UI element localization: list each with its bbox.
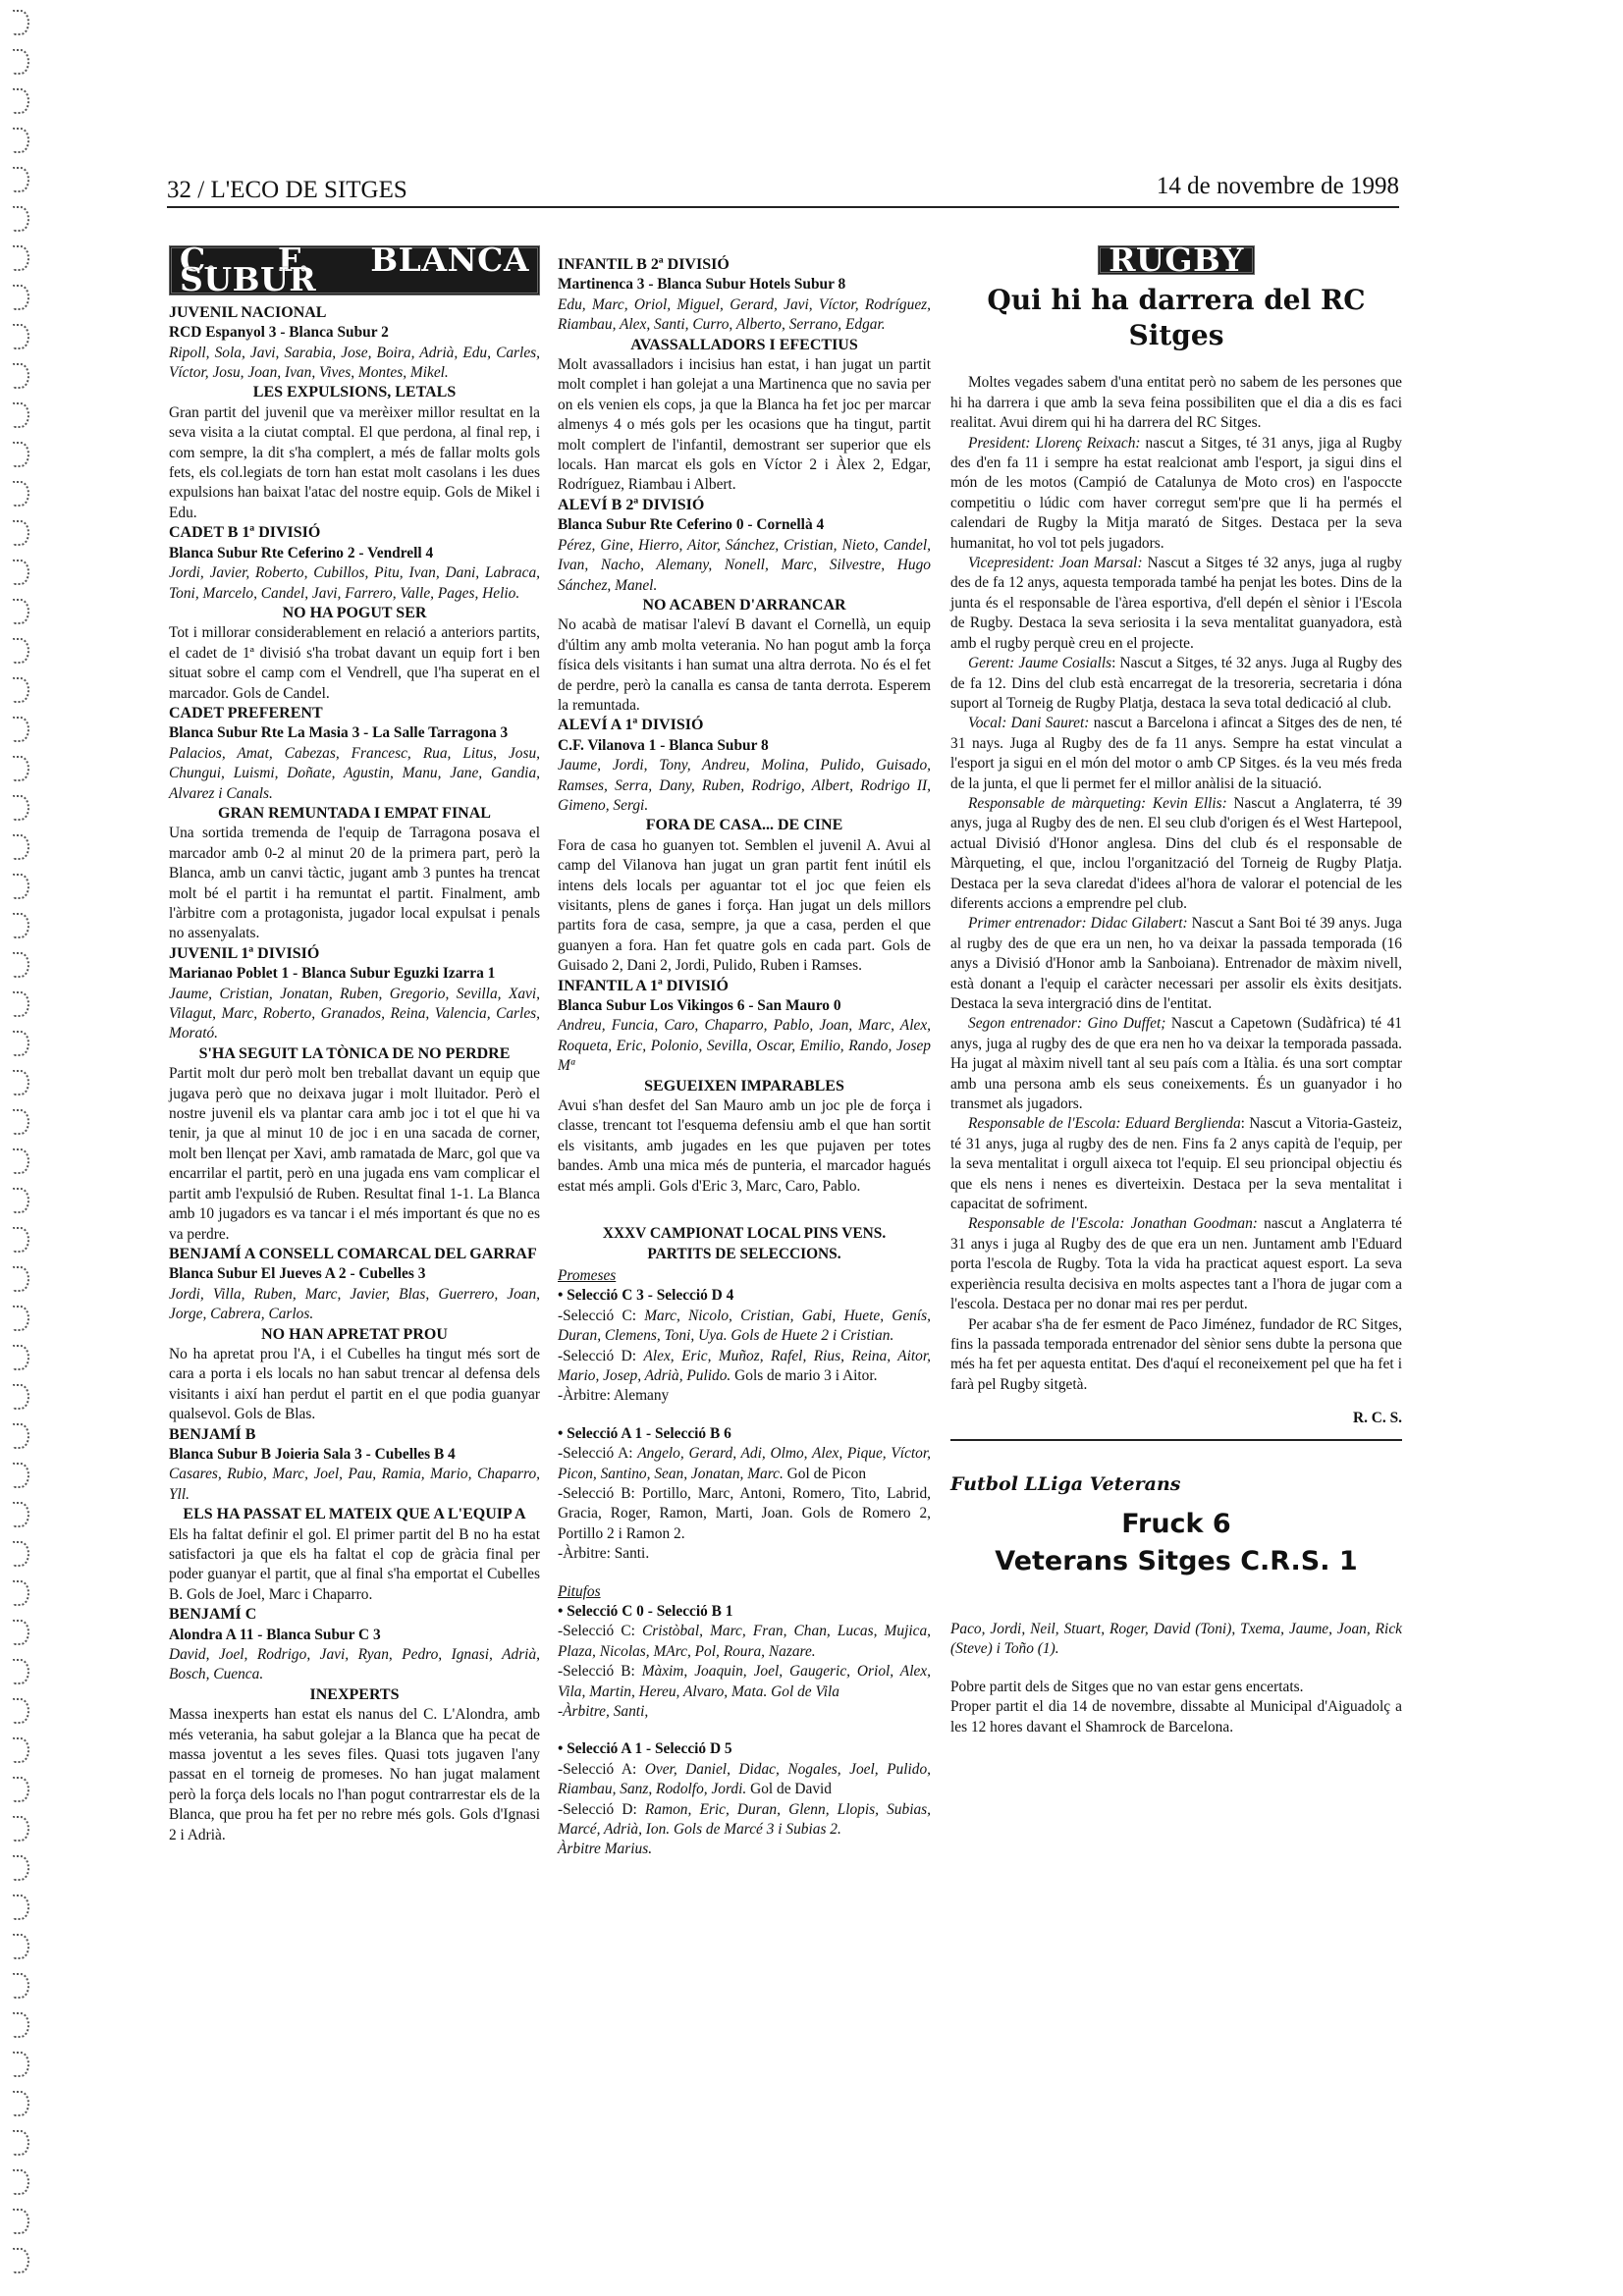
signature: R. C. S.: [950, 1409, 1402, 1428]
binder-hole-icon: [12, 1541, 29, 1567]
veterans-score: Fruck 6 Veterans Sitges C.R.S. 1: [950, 1506, 1402, 1580]
category-heading: JUVENIL NACIONAL: [169, 303, 540, 323]
article-closing: Per acabar s'ha de fer esment de Paco Ji…: [950, 1315, 1402, 1396]
report-subhead: NO HAN APRETAT PROU: [169, 1325, 540, 1345]
lineup-label: -Selecció A:: [558, 1445, 637, 1462]
binder-hole-icon: [12, 677, 29, 703]
section-banner: RUGBY: [1098, 245, 1255, 275]
binder-hole-icon: [12, 206, 29, 232]
report-subhead: NO HA POGUT SER: [169, 604, 540, 623]
profile-paragraph: Primer entrenador: Didac Gilabert: Nascu…: [950, 914, 1402, 1014]
lineup-players: -Àrbitre, Santi,: [558, 1703, 648, 1720]
lineup-goals: Gols de mario 3 i Aitor.: [730, 1367, 877, 1384]
binder-hole-icon: [12, 10, 29, 35]
selection-match: • Selecció C 0 - Selecció B 1-Selecció C…: [558, 1602, 931, 1722]
binder-hole-icon: [12, 245, 29, 271]
profile-paragraph: Gerent: Jaume Cosialls: Nascut a Sitges,…: [950, 654, 1402, 714]
lineup-goals: Gol de Picon: [784, 1466, 866, 1482]
profile-role: Responsable de màrqueting: Kevin Ellis:: [968, 795, 1227, 812]
binder-hole-icon: [12, 88, 29, 114]
section-banner: C. F. BLANCA SUBUR: [169, 245, 540, 295]
category-heading: BENJAMÍ C: [169, 1605, 540, 1625]
profile-role: Primer entrenador: Didac Gilabert:: [968, 915, 1188, 932]
lineup-line: -Selecció C: Cristòbal, Marc, Fran, Chan…: [558, 1622, 931, 1662]
match-reports: INFANTIL B 2ª DIVISIÓMartinenca 3 - Blan…: [558, 255, 931, 1197]
category-heading: CADET B 1ª DIVISIÓ: [169, 523, 540, 543]
profile-text: Nascut a Anglaterra, té 39 anys, juga al…: [950, 795, 1402, 912]
championship-title: XXXV CAMPIONAT LOCAL PINS VENS. PARTITS …: [558, 1224, 931, 1264]
profile-paragraph: Responsable de màrqueting: Kevin Ellis: …: [950, 794, 1402, 914]
binder-hole-icon: [12, 167, 29, 192]
lineup-goals: Gol de David: [746, 1781, 832, 1797]
binder-hole-icon: [12, 402, 29, 428]
veterans-next-match: Proper partit el dia 14 de novembre, dis…: [950, 1697, 1402, 1737]
category-heading: ALEVÍ B 2ª DIVISIÓ: [558, 496, 931, 515]
category-heading: BENJAMÍ B: [169, 1425, 540, 1445]
player-list: Pérez, Gine, Hierro, Aitor, Sánchez, Cri…: [558, 536, 931, 596]
lineup-label: -Selecció D:: [558, 1801, 645, 1818]
binder-hole-icon: [12, 363, 29, 389]
binder-hole-icon: [12, 1502, 29, 1527]
binder-hole-icon: [12, 49, 29, 75]
binder-hole-icon: [12, 1188, 29, 1213]
lineup-label: -Selecció B:: [558, 1663, 642, 1680]
report-text: Gran partit del juvenil que va merèixer …: [169, 403, 540, 523]
binder-hole-icon: [12, 2091, 29, 2116]
lineup-label: -Selecció C:: [558, 1308, 644, 1324]
veterans-text: Pobre partit dels de Sitges que no van e…: [950, 1678, 1402, 1697]
binder-hole-icon: [12, 560, 29, 585]
match-report: ALEVÍ B 2ª DIVISIÓBlanca Subur Rte Cefer…: [558, 496, 931, 716]
category-heading: JUVENIL 1ª DIVISIÓ: [169, 944, 540, 964]
lineup-players: Àrbitre Marius.: [558, 1841, 652, 1857]
binder-hole-icon: [12, 324, 29, 349]
lineup-label: -Àrbitre: Santi.: [558, 1545, 649, 1562]
player-list: Palacios, Amat, Cabezas, Francesc, Rua, …: [169, 744, 540, 804]
match-score: Martinenca 3 - Blanca Subur Hotels Subur…: [558, 275, 931, 294]
profile-text: nascut a Sitges, té 31 anys, jiga al Rug…: [950, 435, 1402, 552]
report-subhead: S'HA SEGUIT LA TÒNICA DE NO PERDRE: [169, 1044, 540, 1064]
binder-hole-icon: [12, 285, 29, 310]
binder-hole-icon: [12, 599, 29, 624]
binder-hole-icon: [12, 795, 29, 821]
binder-hole-icon: [12, 2130, 29, 2156]
match-report: JUVENIL 1ª DIVISIÓMarianao Poblet 1 - Bl…: [169, 944, 540, 1245]
selection-match: • Selecció A 1 - Selecció D 5-Selecció A…: [558, 1739, 931, 1859]
binder-hole-icon: [12, 834, 29, 860]
binder-hole-icon: [12, 520, 29, 546]
match-score: RCD Espanyol 3 - Blanca Subur 2: [169, 323, 540, 343]
binder-hole-icon: [12, 1463, 29, 1488]
issue-date: 14 de novembre de 1998: [1157, 173, 1399, 200]
binder-hole-icon: [12, 1934, 29, 1959]
binder-hole-icon: [12, 1109, 29, 1135]
category-heading: CADET PREFERENT: [169, 704, 540, 723]
match-report: ALEVÍ A 1ª DIVISIÓC.F. Vilanova 1 - Blan…: [558, 716, 931, 976]
binder-hole-icon: [12, 638, 29, 664]
binder-holes: [6, 10, 35, 2287]
binder-hole-icon: [12, 1698, 29, 1724]
report-text: Fora de casa ho guanyen tot. Semblen el …: [558, 836, 931, 977]
match-score: Blanca Subur Los Vikingos 6 - San Mauro …: [558, 996, 931, 1016]
player-list: Jordi, Villa, Ruben, Marc, Javier, Blas,…: [169, 1285, 540, 1325]
report-text: Massa inexperts han estat els nanus del …: [169, 1705, 540, 1845]
report-subhead: SEGUEIXEN IMPARABLES: [558, 1077, 931, 1096]
binder-hole-icon: [12, 952, 29, 978]
lineup-line: -Selecció C: Marc, Nicolo, Cristian, Gab…: [558, 1307, 931, 1347]
binder-hole-icon: [12, 1580, 29, 1606]
binder-hole-icon: [12, 717, 29, 742]
profile-paragraph: Segon entrenador: Gino Duffet; Nascut a …: [950, 1014, 1402, 1114]
match-score: Blanca Subur El Jueves A 2 - Cubelles 3: [169, 1264, 540, 1284]
profile-role: Vocal: Dani Sauret:: [968, 715, 1089, 731]
binder-hole-icon: [12, 991, 29, 1017]
match-score: • Selecció C 0 - Selecció B 1: [558, 1602, 931, 1622]
binder-hole-icon: [12, 1737, 29, 1763]
report-subhead: AVASSALLADORS I EFECTIUS: [558, 336, 931, 355]
binder-hole-icon: [12, 2209, 29, 2234]
column-middle: INFANTIL B 2ª DIVISIÓMartinenca 3 - Blan…: [558, 255, 931, 1860]
match-score: Blanca Subur Rte La Masia 3 - La Salle T…: [169, 723, 540, 743]
lineup-line: -Àrbitre, Santi,: [558, 1702, 931, 1722]
report-subhead: GRAN REMUNTADA I EMPAT FINAL: [169, 804, 540, 824]
selection-group: Promeses• Selecció C 3 - Selecció D 4-Se…: [558, 1266, 931, 1565]
match-report: BENJAMÍ A CONSELL COMARCAL DEL GARRAFBla…: [169, 1245, 540, 1425]
player-list: Ripoll, Sola, Javi, Sarabia, Jose, Boira…: [169, 344, 540, 384]
binder-hole-icon: [12, 1031, 29, 1056]
binder-hole-icon: [12, 1148, 29, 1174]
report-subhead: FORA DE CASA... DE CINE: [558, 816, 931, 835]
category-heading: INFANTIL A 1ª DIVISIÓ: [558, 977, 931, 996]
match-score: Blanca Subur Rte Ceferino 2 - Vendrell 4: [169, 544, 540, 563]
binder-hole-icon: [12, 2012, 29, 2038]
binder-hole-icon: [12, 913, 29, 938]
match-score: Blanca Subur Rte Ceferino 0 - Cornellà 4: [558, 515, 931, 535]
lineup-line: -Àrbitre: Santi.: [558, 1544, 931, 1564]
binder-hole-icon: [12, 1973, 29, 1999]
report-subhead: LES EXPULSIONS, LETALS: [169, 383, 540, 402]
binder-hole-icon: [12, 1345, 29, 1370]
player-list: Jaume, Jordi, Tony, Andreu, Molina, Puli…: [558, 756, 931, 816]
match-reports: JUVENIL NACIONALRCD Espanyol 3 - Blanca …: [169, 303, 540, 1845]
match-report: INFANTIL B 2ª DIVISIÓMartinenca 3 - Blan…: [558, 255, 931, 496]
report-subhead: ELS HA PASSAT EL MATEIX QUE A L'EQUIP A: [169, 1505, 540, 1524]
match-report: BENJAMÍ BBlanca Subur B Joieria Sala 3 -…: [169, 1425, 540, 1606]
report-text: Molt avassalladors i incisius han estat,…: [558, 355, 931, 496]
binder-hole-icon: [12, 1855, 29, 1881]
profile-role: President: Llorenç Reixach:: [968, 435, 1141, 452]
group-name: Promeses: [558, 1266, 931, 1286]
match-score: Alondra A 11 - Blanca Subur C 3: [169, 1626, 540, 1645]
lineup-line: -Àrbitre: Alemany: [558, 1386, 931, 1406]
report-subhead: NO ACABEN D'ARRANCAR: [558, 596, 931, 615]
binder-hole-icon: [12, 1777, 29, 1802]
binder-hole-icon: [12, 442, 29, 467]
match-report: INFANTIL A 1ª DIVISIÓBlanca Subur Los Vi…: [558, 977, 931, 1197]
selection-group: Pitufos• Selecció C 0 - Selecció B 1-Sel…: [558, 1582, 931, 1860]
profiles: President: Llorenç Reixach: nascut a Sit…: [950, 434, 1402, 1315]
binder-hole-icon: [12, 2052, 29, 2077]
report-text: No acabà de matisar l'aleví B davant el …: [558, 615, 931, 716]
profile-paragraph: Responsable de l'Escola: Jonathan Goodma…: [950, 1214, 1402, 1314]
binder-hole-icon: [12, 874, 29, 899]
player-list: Jordi, Javier, Roberto, Cubillos, Pitu, …: [169, 563, 540, 604]
match-report: BENJAMÍ CAlondra A 11 - Blanca Subur C 3…: [169, 1605, 540, 1845]
veterans-kicker: Futbol LLiga Veterans: [950, 1474, 1402, 1494]
match-score: Blanca Subur B Joieria Sala 3 - Cubelles…: [169, 1445, 540, 1465]
binder-hole-icon: [12, 1659, 29, 1684]
match-score: • Selecció A 1 - Selecció D 5: [558, 1739, 931, 1759]
binder-hole-icon: [12, 1227, 29, 1253]
report-text: Avui s'han desfet del San Mauro amb un j…: [558, 1096, 931, 1197]
selection-match: • Selecció A 1 - Selecció B 6-Selecció A…: [558, 1424, 931, 1565]
category-heading: BENJAMÍ A CONSELL COMARCAL DEL GARRAF: [169, 1245, 540, 1264]
lineup-line: -Selecció D: Alex, Eric, Muñoz, Rafel, R…: [558, 1347, 931, 1387]
binder-hole-icon: [12, 1306, 29, 1331]
lineup-line: -Selecció A: Over, Daniel, Didac, Nogale…: [558, 1760, 931, 1800]
profile-role: Gerent: Jaume Cosialls: [968, 655, 1111, 671]
lineup-line: Àrbitre Marius.: [558, 1840, 931, 1859]
article-headline: Qui hi ha darrera del RC Sitges: [950, 283, 1402, 353]
lineup-line: -Selecció D: Ramon, Eric, Duran, Glenn, …: [558, 1800, 931, 1841]
binder-hole-icon: [12, 1895, 29, 1920]
report-text: Una sortida tremenda de l'equip de Tarra…: [169, 824, 540, 943]
divider: [950, 1439, 1402, 1441]
category-heading: INFANTIL B 2ª DIVISIÓ: [558, 255, 931, 275]
binder-hole-icon: [12, 1384, 29, 1410]
group-name: Pitufos: [558, 1582, 931, 1602]
binder-hole-icon: [12, 2169, 29, 2195]
player-list: Jaume, Cristian, Jonatan, Ruben, Gregori…: [169, 985, 540, 1044]
lineup-label: -Selecció D:: [558, 1348, 643, 1364]
binder-hole-icon: [12, 2248, 29, 2273]
binder-hole-icon: [12, 1423, 29, 1449]
profile-role: Responsable de l'Escola: Eduard Berglien…: [968, 1115, 1241, 1132]
lineup-label: -Selecció C:: [558, 1623, 642, 1639]
binder-hole-icon: [12, 1620, 29, 1645]
masthead: 32 / L'ECO DE SITGES 14 de novembre de 1…: [167, 177, 1399, 208]
profile-paragraph: Vocal: Dani Sauret: nascut a Barcelona i…: [950, 714, 1402, 794]
player-list: Edu, Marc, Oriol, Miguel, Gerard, Javi, …: [558, 295, 931, 336]
report-text: Tot i millorar considerablement en relac…: [169, 623, 540, 704]
selection-match: • Selecció C 3 - Selecció D 4-Selecció C…: [558, 1286, 931, 1406]
match-score: Marianao Poblet 1 - Blanca Subur Eguzki …: [169, 964, 540, 984]
player-list: David, Joel, Rodrigo, Javi, Ryan, Pedro,…: [169, 1645, 540, 1685]
profile-role: Responsable de l'Escola: Jonathan Goodma…: [968, 1215, 1258, 1232]
binder-hole-icon: [12, 1816, 29, 1842]
profile-paragraph: President: Llorenç Reixach: nascut a Sit…: [950, 434, 1402, 554]
binder-hole-icon: [12, 128, 29, 153]
player-list: Andreu, Funcia, Caro, Chaparro, Pablo, J…: [558, 1016, 931, 1076]
report-text: No ha apretat prou l'A, i el Cubelles ha…: [169, 1345, 540, 1425]
lineup-line: -Selecció B: Màxim, Joaquin, Joel, Gauge…: [558, 1662, 931, 1702]
match-report: CADET PREFERENTBlanca Subur Rte La Masia…: [169, 704, 540, 944]
column-rugby: RUGBY Qui hi ha darrera del RC Sitges Mo…: [950, 245, 1402, 1737]
category-heading: ALEVÍ A 1ª DIVISIÓ: [558, 716, 931, 735]
profile-paragraph: Responsable de l'Escola: Eduard Berglien…: [950, 1114, 1402, 1214]
lineup-line: -Selecció A: Angelo, Gerard, Adi, Olmo, …: [558, 1444, 931, 1484]
match-report: JUVENIL NACIONALRCD Espanyol 3 - Blanca …: [169, 303, 540, 523]
profile-paragraph: Vicepresident: Joan Marsal: Nascut a Sit…: [950, 554, 1402, 654]
championship-groups: Promeses• Selecció C 3 - Selecció D 4-Se…: [558, 1266, 931, 1860]
lineup-line: -Selecció B: Portillo, Marc, Antoni, Rom…: [558, 1484, 931, 1544]
article-intro: Moltes vegades sabem d'una entitat però …: [950, 373, 1402, 433]
report-text: Els ha faltat definir el gol. El primer …: [169, 1525, 540, 1606]
column-blanca-subur: C. F. BLANCA SUBUR JUVENIL NACIONALRCD E…: [169, 245, 540, 1845]
match-score: • Selecció C 3 - Selecció D 4: [558, 1286, 931, 1306]
binder-hole-icon: [12, 756, 29, 781]
lineup-label: -Selecció B: Portillo, Marc, Antoni, Rom…: [558, 1485, 931, 1542]
match-score: • Selecció A 1 - Selecció B 6: [558, 1424, 931, 1444]
binder-hole-icon: [12, 481, 29, 507]
player-list: Casares, Rubio, Marc, Joel, Pau, Ramia, …: [169, 1465, 540, 1505]
binder-hole-icon: [12, 1070, 29, 1095]
match-report: CADET B 1ª DIVISIÓBlanca Subur Rte Cefer…: [169, 523, 540, 704]
binder-hole-icon: [12, 1266, 29, 1292]
report-text: Partit molt dur però molt ben treballat …: [169, 1064, 540, 1245]
profile-role: Vicepresident: Joan Marsal:: [968, 555, 1143, 571]
report-subhead: INEXPERTS: [169, 1685, 540, 1705]
publication-name: 32 / L'ECO DE SITGES: [167, 177, 407, 204]
lineup-label: -Selecció A:: [558, 1761, 645, 1778]
match-score: C.F. Vilanova 1 - Blanca Subur 8: [558, 736, 931, 756]
lineup-label: -Àrbitre: Alemany: [558, 1387, 669, 1404]
veterans-players: Paco, Jordi, Neil, Stuart, Roger, David …: [950, 1620, 1402, 1660]
profile-role: Segon entrenador: Gino Duffet;: [968, 1015, 1165, 1032]
